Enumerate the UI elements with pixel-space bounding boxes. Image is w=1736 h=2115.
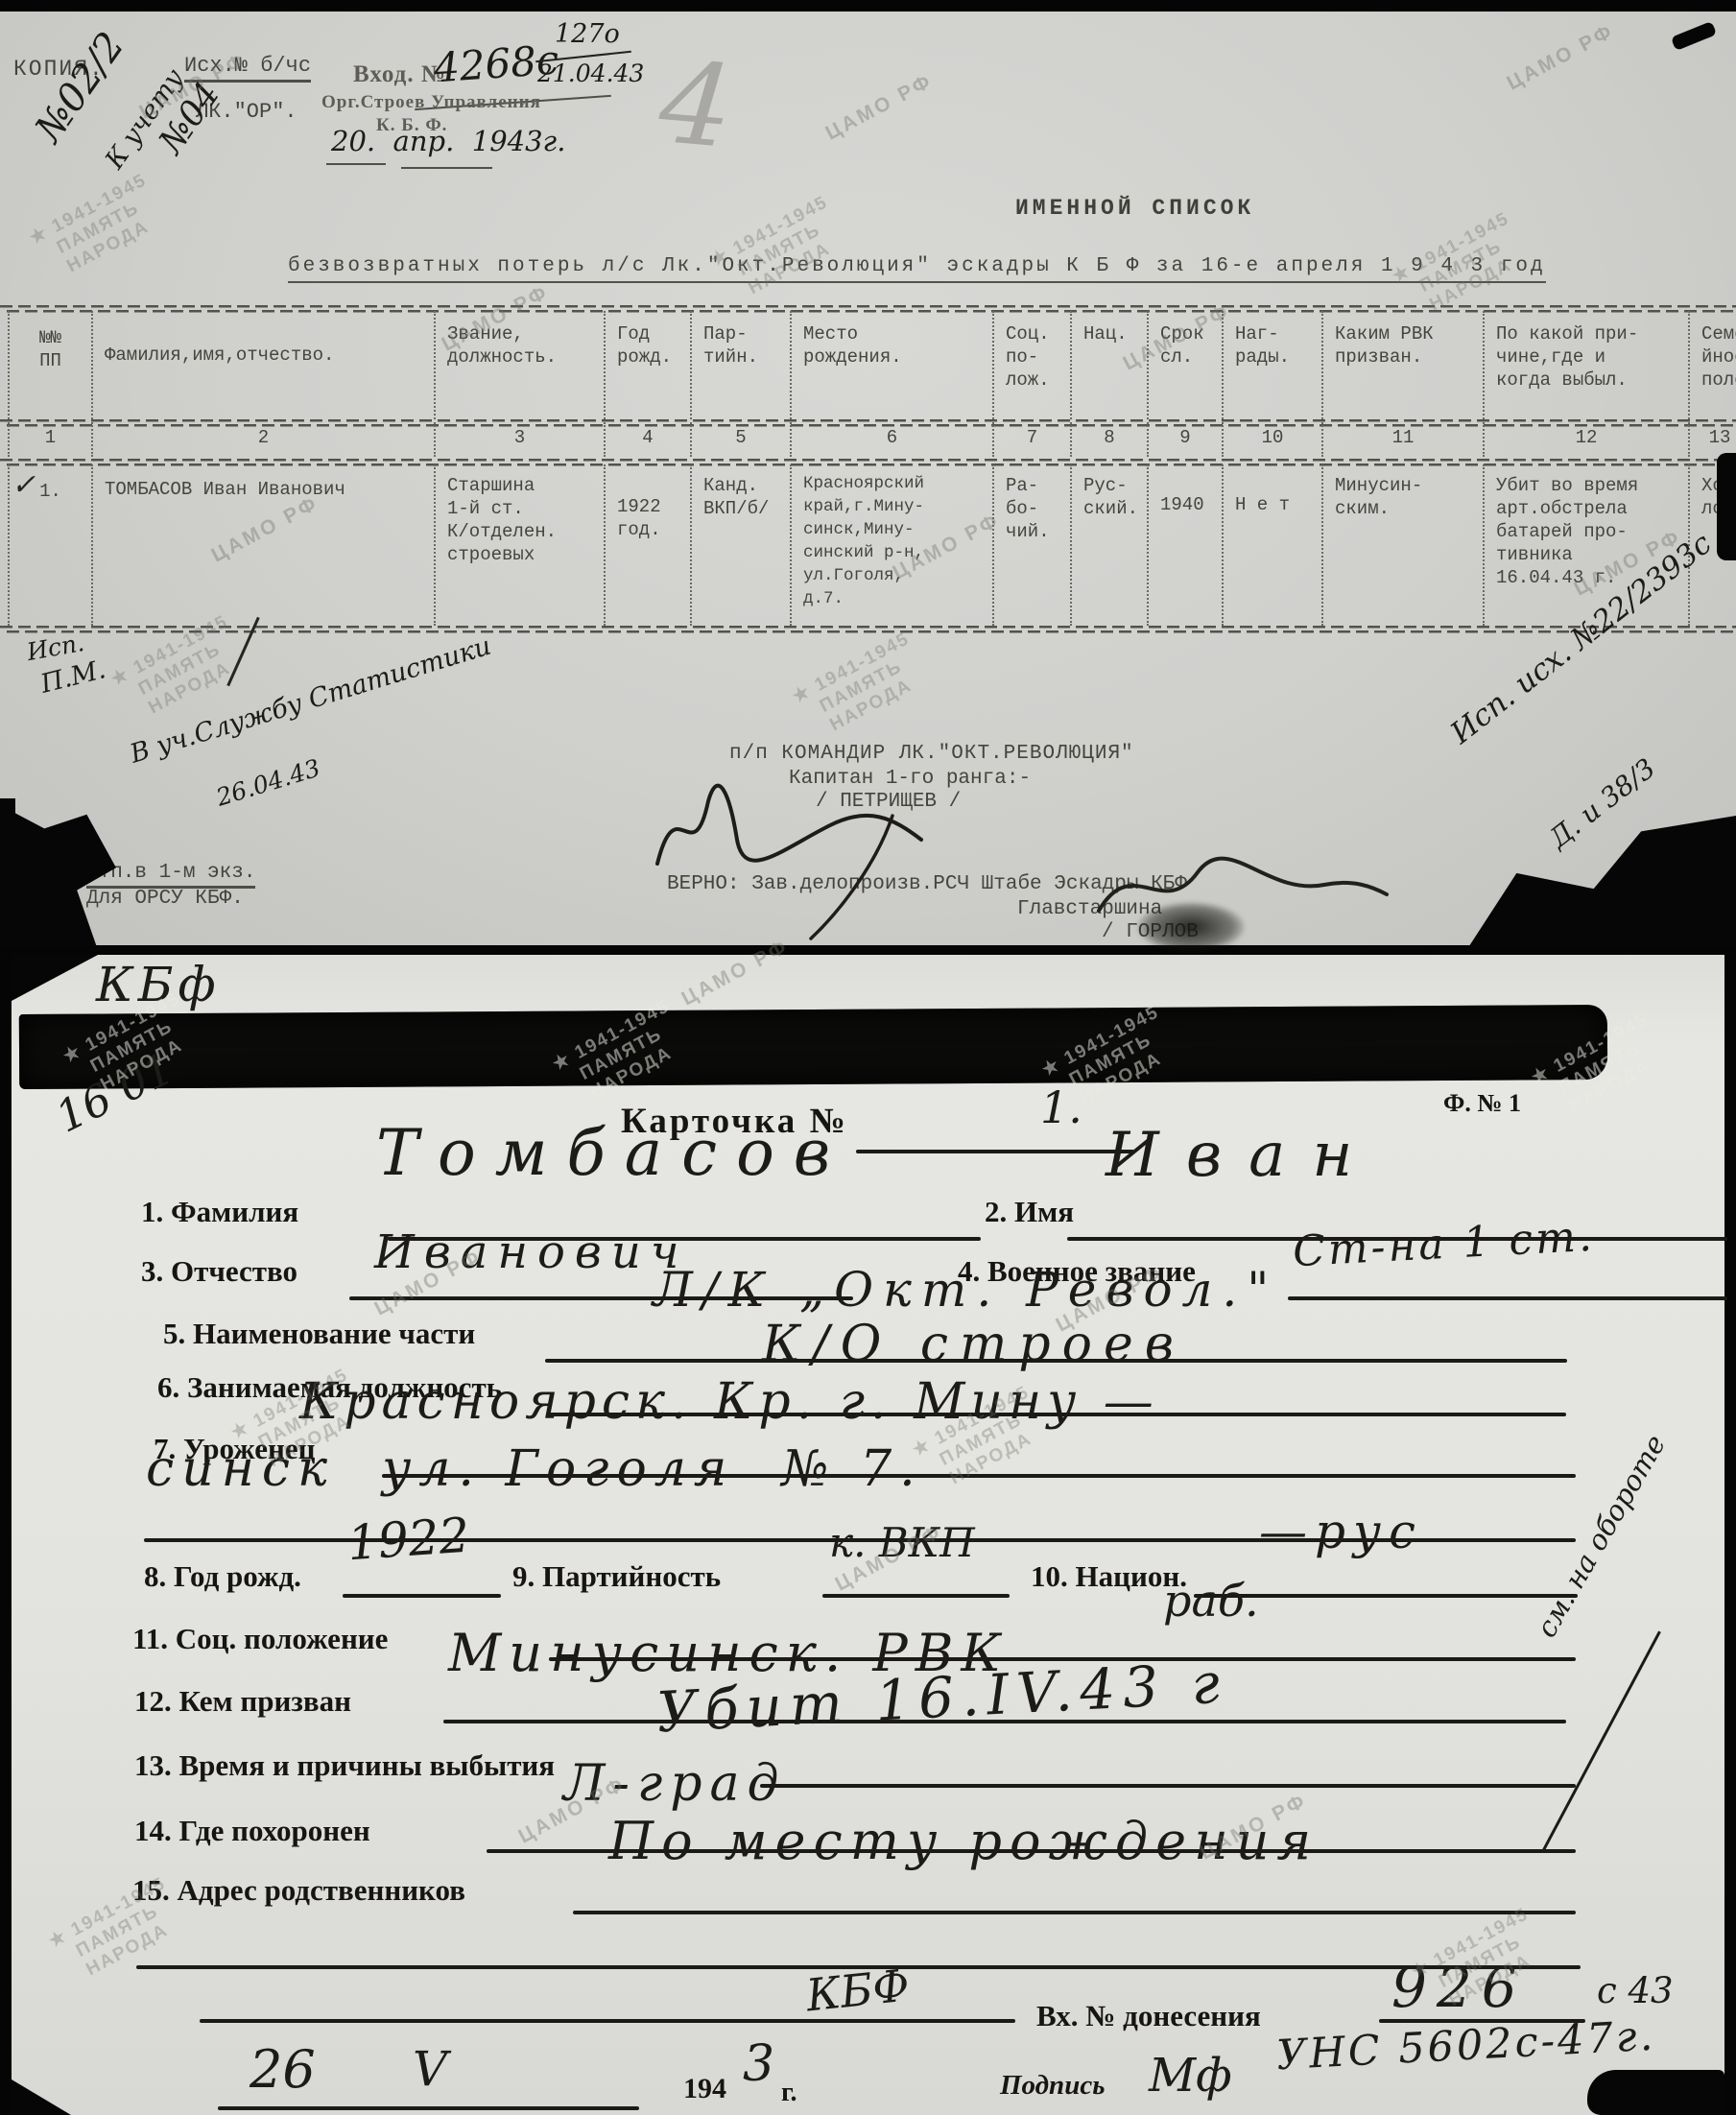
table-header-cell: Каким РВК призван.: [1321, 311, 1483, 419]
field15-underline: [573, 1911, 1576, 1914]
field7-value-line2: синск ул. Гоголя № 7.: [146, 1440, 923, 1498]
date-underline-2: [388, 2106, 639, 2110]
field5-label: 5. Наименование части: [163, 1317, 475, 1351]
card-torn-bottom-right: [1587, 2070, 1724, 2115]
stamp-org-line1: Орг.Строев Управления: [321, 92, 541, 113]
card-corner-note: КБф: [96, 957, 221, 1012]
redaction-bar: [19, 1005, 1607, 1089]
table-header-cell: Наг- рады.: [1222, 311, 1321, 419]
report-label: Вх. № донесения: [1036, 1999, 1261, 2033]
date-month: V: [413, 2041, 447, 2097]
signature-value: Мф: [1149, 2049, 1232, 2103]
date-day: 26: [250, 2039, 316, 2100]
report-underline-left: [200, 2019, 1015, 2023]
table-data-cell: Канд. ВКП/б/: [690, 464, 790, 626]
field15-value: По месту рождения: [608, 1811, 1319, 1871]
field10-value: —рус: [1259, 1504, 1423, 1559]
table-header-cell: Соц. по- лож.: [992, 311, 1070, 419]
report-hand-note: КБФ: [803, 1960, 912, 2022]
document-subtitle: безвозвратных потерь л/с Лк."Окт.Революц…: [288, 255, 1546, 283]
table-number-cell: 8: [1070, 422, 1147, 457]
diagonal-stroke: [1541, 1631, 1661, 1853]
table-data-cell: Рус- ский.: [1070, 464, 1147, 626]
table-header-cell: №№ ПП: [8, 311, 91, 419]
field6-value: К/О строев: [762, 1316, 1185, 1373]
casualty-card-document: КБф Ф. № 1 Карточка № 1. 16 01 1. Фамили…: [12, 955, 1724, 2115]
field13-underline: [760, 1784, 1576, 1788]
torn-edge-right-notch: [1717, 453, 1736, 560]
table-number-cell: 6: [790, 422, 992, 457]
card-number-underline: [856, 1150, 1134, 1153]
table-data-cell: 1922 год.: [604, 464, 690, 626]
table-header-cell: Место рождения.: [790, 311, 992, 419]
field7-value-line1: Красноярск. Кр. г. Мину —: [299, 1373, 1159, 1431]
field11-label: 11. Соц. положение: [132, 1622, 388, 1656]
diagonal-note-line2: 26.04.43: [213, 753, 323, 811]
signature-flourish-icon: [605, 749, 969, 940]
table-header-cell: Нац.: [1070, 311, 1147, 419]
card-torn-bottom-left: [12, 2079, 71, 2115]
clerk-signature-icon: [1075, 829, 1401, 944]
field5-value: Л/К „Окт. Револ.": [653, 1262, 1278, 1318]
field9-value: к. ВКП: [829, 1519, 975, 1566]
table-header-row: №№ ППФамилия,имя,отчество.Звание, должно…: [8, 311, 1736, 419]
table-header-cell: Пар- тийн.: [690, 311, 790, 419]
signature-label: Подпись: [1000, 2070, 1105, 2102]
resolution-date: 21.04.43: [537, 59, 644, 87]
date-year-hand: 3: [743, 2035, 774, 2093]
table-number-cell: 1: [8, 422, 91, 457]
stamp-date-underline-1: [326, 163, 386, 165]
table-header-cell: Год рожд.: [604, 311, 690, 419]
table-data-cell: Старшина 1-й ст. К/отделен. строевых: [434, 464, 604, 626]
field14-label: 14. Где похоронен: [134, 1814, 370, 1848]
field13-label: 13. Время и причины выбытия: [134, 1748, 555, 1783]
table-data-cell: Ра- бо- чий.: [992, 464, 1070, 626]
checkmark: ✓: [12, 468, 36, 502]
card-torn-top-left: [12, 955, 98, 1001]
field8-underline: [343, 1594, 501, 1598]
field8-value: 1922: [345, 1508, 471, 1572]
field1-label: 1. Фамилия: [141, 1195, 298, 1229]
stamp-incoming-label: Вход. №: [353, 61, 446, 88]
field3-value: Иванович: [374, 1225, 689, 1279]
table-data-cell: Красноярский край,г.Мину- синск,Мину- си…: [790, 464, 992, 626]
field2-value: Иван: [1106, 1120, 1379, 1191]
field4-underline: [1288, 1296, 1727, 1300]
table-number-row: 12345678910111213: [8, 422, 1736, 457]
field12-label: 12. Кем призван: [134, 1684, 351, 1719]
field9-underline: [822, 1594, 1010, 1598]
resolution-number: 127о: [555, 19, 620, 49]
table-header-cell: Фамилия,имя,отчество.: [91, 311, 434, 419]
document-title: ИМЕННОЙ СПИСОК: [1015, 196, 1254, 221]
pencil-mark: 4: [654, 36, 738, 174]
table-header-cell: Семе йное поло: [1688, 311, 1736, 419]
table-data-row: 1.ТОМБАСОВ Иван ИвановичСтаршина 1-й ст.…: [8, 464, 1736, 626]
scanned-casualty-record: КОПИЯ. Исх.№ б/чс ЛК."ОР". Вход. № 4268с…: [0, 0, 1736, 2115]
table-data-cell: ТОМБАСОВ Иван Иванович: [91, 464, 434, 626]
stamp-date-handwritten: 20. апр. 1943г.: [331, 125, 565, 157]
field11-value: раб.: [1163, 1575, 1259, 1627]
casualty-list-document: КОПИЯ. Исх.№ б/чс ЛК."ОР". Вход. № 4268с…: [0, 12, 1736, 945]
table-number-cell: 9: [1147, 422, 1222, 457]
table-number-cell: 10: [1222, 422, 1321, 457]
table-data-cell: Минусин- ским.: [1321, 464, 1483, 626]
table-number-cell: 5: [690, 422, 790, 457]
outgoing-number: Исх.№ б/чс: [184, 54, 311, 83]
stamp-date-underline-2: [401, 167, 492, 169]
date-year-printed: 194: [683, 2073, 726, 2105]
field15-label: 15. Адрес родственников: [132, 1873, 465, 1908]
table-number-cell: 2: [91, 422, 434, 457]
card-number: 1.: [1040, 1081, 1082, 1133]
table-number-cell: 11: [1321, 422, 1483, 457]
table-number-cell: 13: [1688, 422, 1736, 457]
date-underline-1: [218, 2106, 395, 2110]
field14-value: Л-град: [563, 1755, 787, 1813]
table-number-cell: 3: [434, 422, 604, 457]
diagonal-note-line1: В уч.Службу Статистики: [127, 631, 494, 770]
table-number-cell: 12: [1483, 422, 1688, 457]
table-data-cell: Убит во время арт.обстрела батарей про- …: [1483, 464, 1688, 626]
archive-note: УНС 5602с-47г.: [1275, 2012, 1656, 2080]
field8-label: 8. Год рожд.: [144, 1559, 301, 1594]
table-data-cell: Н е т: [1222, 464, 1321, 626]
torn-corner-bottom-right: [1439, 816, 1736, 946]
field9-label: 9. Партийность: [512, 1559, 721, 1594]
table-data-cell: 1940: [1147, 464, 1222, 626]
date-year-suffix: г.: [781, 2078, 797, 2108]
table-header-cell: Звание, должность.: [434, 311, 604, 419]
field2-label: 2. Имя: [985, 1195, 1074, 1229]
field1-value: Томбасов: [376, 1116, 849, 1190]
report-suffix: с 43: [1597, 1970, 1674, 2011]
copies-note-line2: Для ОРСУ КБФ.: [86, 888, 244, 910]
table-header-cell: По какой при- чине,где и когда выбыл.: [1483, 311, 1688, 419]
field3-label: 3. Отчество: [141, 1254, 297, 1289]
form-number: Ф. № 1: [1443, 1089, 1521, 1118]
table-number-cell: 7: [992, 422, 1070, 457]
table-number-cell: 4: [604, 422, 690, 457]
edge-speck-top-right: [1671, 21, 1717, 51]
field4-value: Ст-на 1 ст.: [1292, 1212, 1596, 1276]
report-number: 926: [1391, 1955, 1527, 2020]
table-rule-bottom: [0, 626, 1736, 633]
table-header-cell: Срок сл.: [1147, 311, 1222, 419]
field13-side-note: см. на обороте: [1530, 1429, 1672, 1643]
